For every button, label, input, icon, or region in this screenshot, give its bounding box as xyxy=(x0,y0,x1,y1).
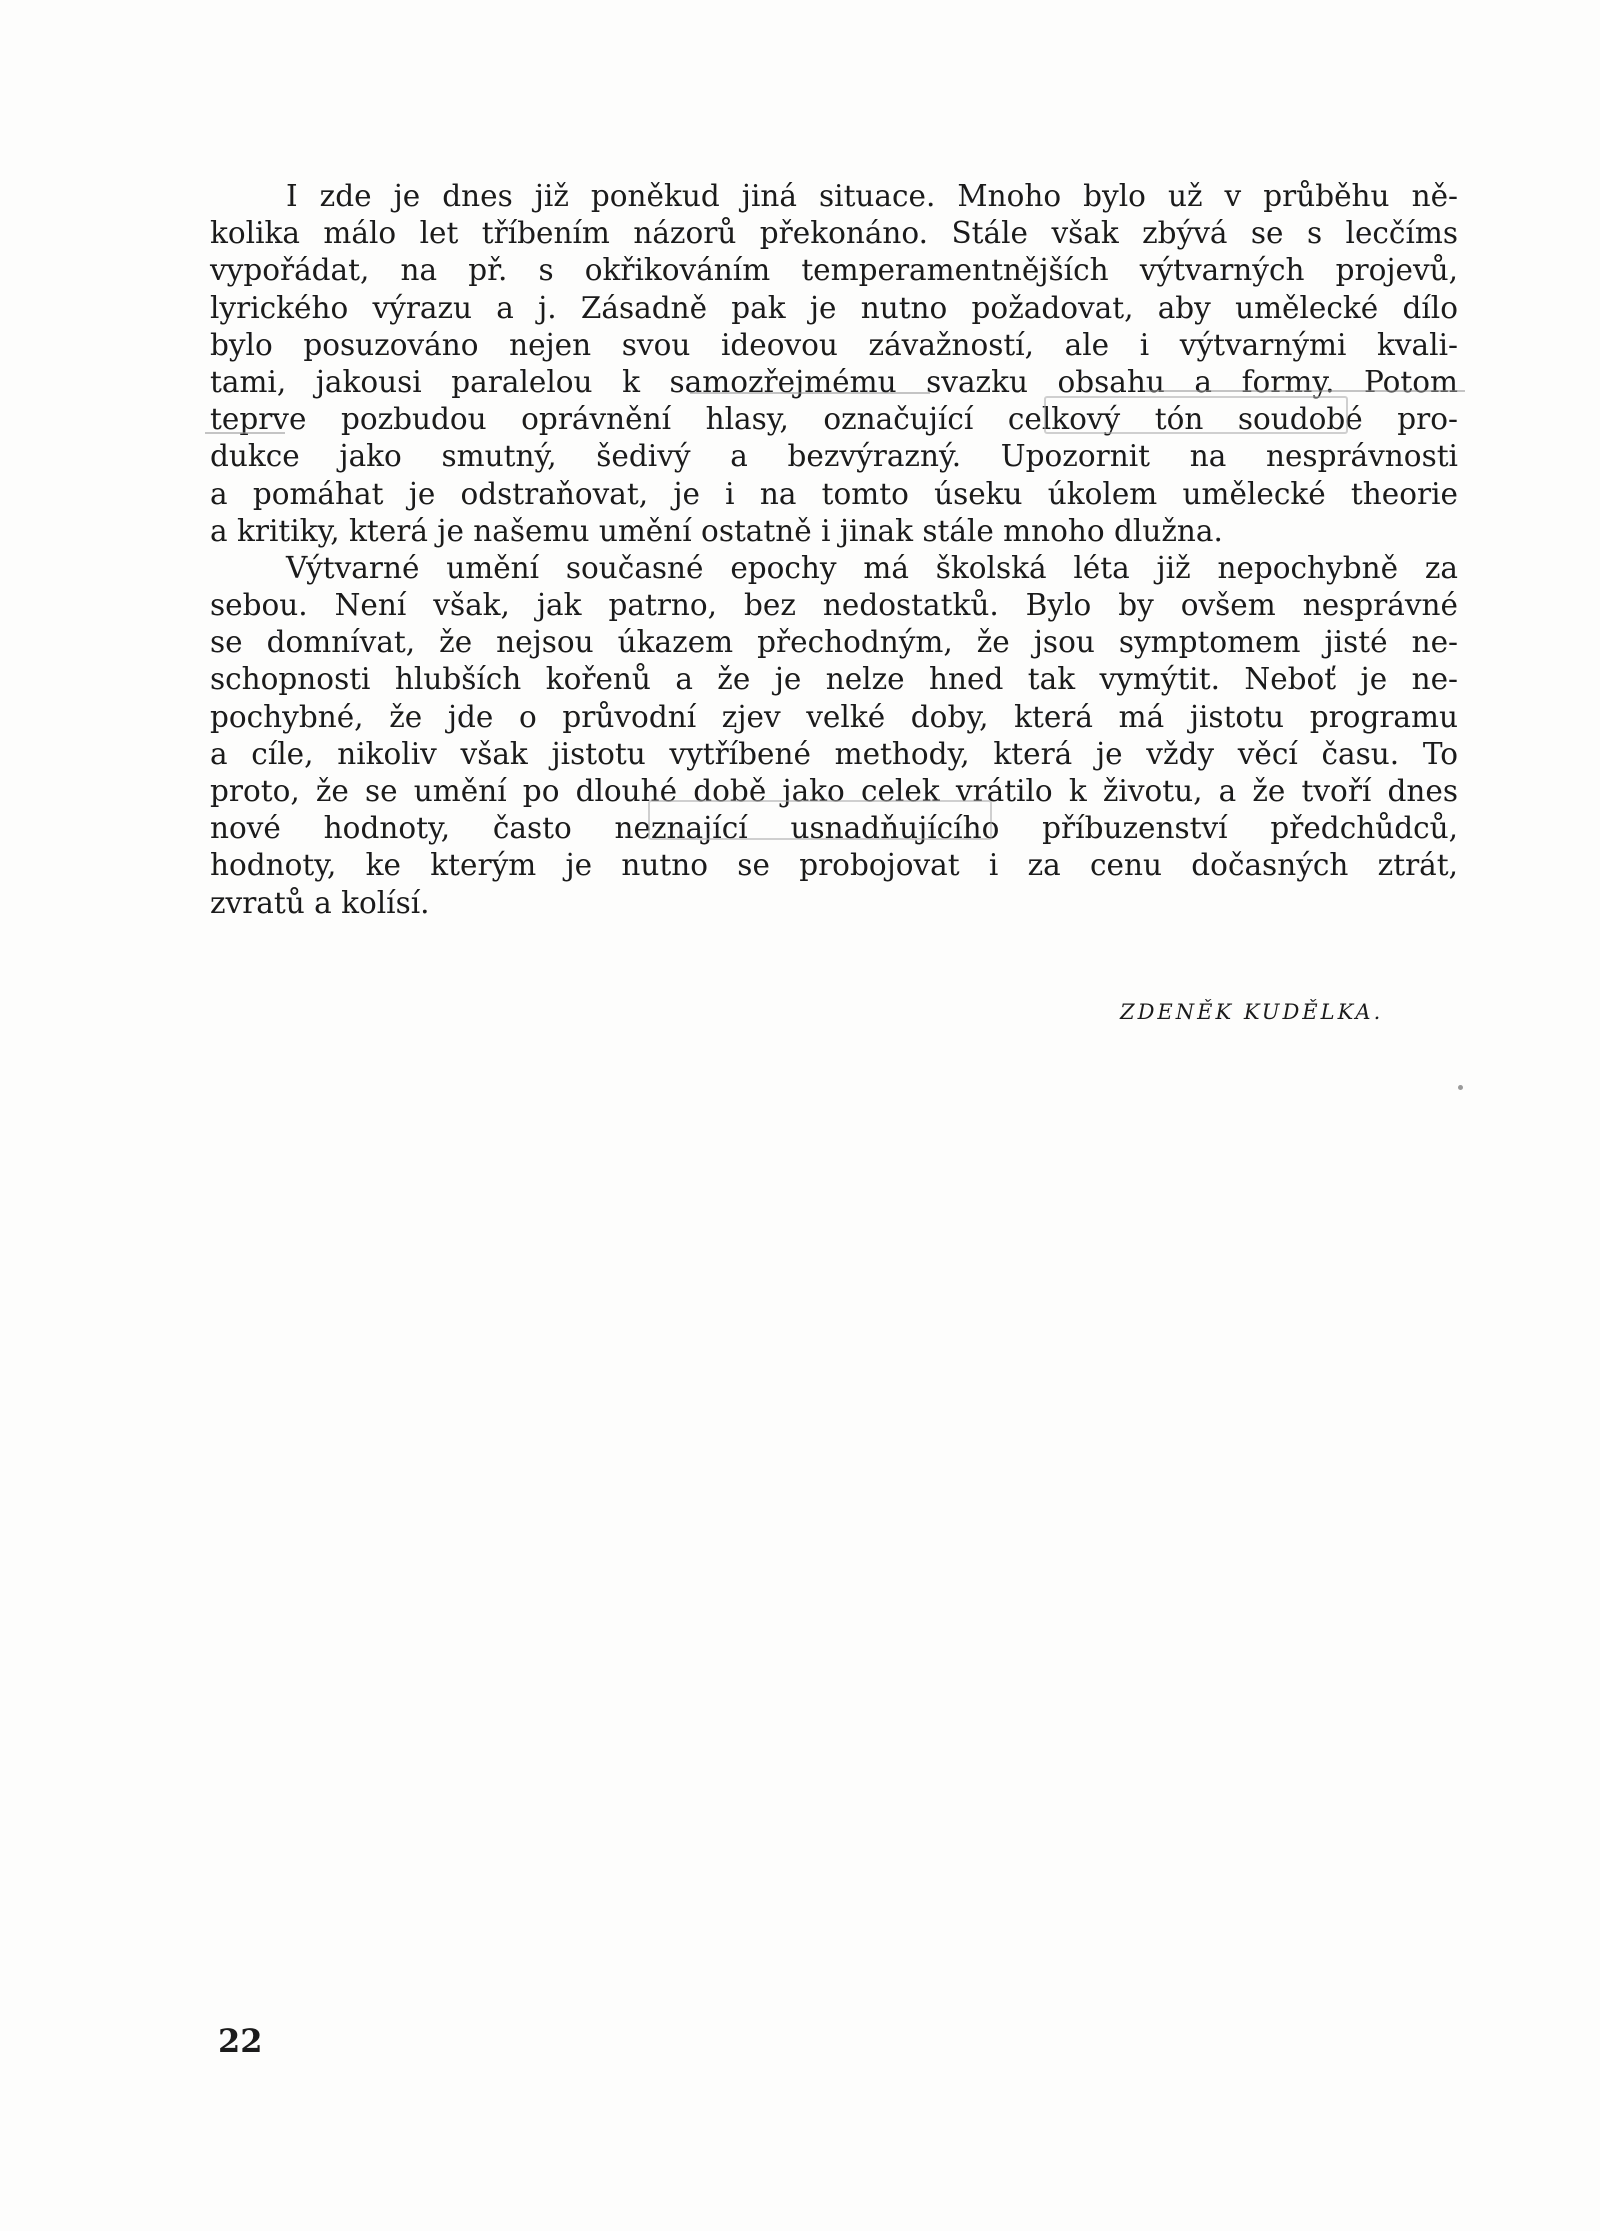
pencil-underline-ideovou xyxy=(690,392,930,394)
text-line: a pomáhat je odstraňovat, je i na tomto … xyxy=(210,476,1458,513)
pencil-box-obsahu-a-formy xyxy=(1044,396,1348,434)
speck-mark xyxy=(1458,1085,1463,1090)
text-line: I zde je dnes již poněkud jiná situace. … xyxy=(210,178,1458,215)
text-line: dukce jako smutný, šedivý a bezvýrazný. … xyxy=(210,438,1458,475)
author-signature: ZDENĚK KUDĚLKA. xyxy=(1120,1000,1383,1024)
text-line: schopnosti hlubších kořenů a že je nelze… xyxy=(210,661,1458,698)
text-line: pochybné, že jde o průvodní zjev velké d… xyxy=(210,699,1458,736)
pencil-underline-tami xyxy=(205,432,285,434)
pencil-underline-vytvarnymi xyxy=(1145,390,1465,392)
text-line: lyrického výrazu a j. Zásadně pak je nut… xyxy=(210,290,1458,327)
text-line: Výtvarné umění současné epochy má školsk… xyxy=(210,550,1458,587)
paragraph-2: Výtvarné umění současné epochy má školsk… xyxy=(210,550,1458,922)
text-line: bylo posuzováno nejen svou ideovou závaž… xyxy=(210,327,1458,364)
text-line: a cíle, nikoliv však jistotu vytříbené m… xyxy=(210,736,1458,773)
text-line: zvratů a kolísí. xyxy=(210,885,1458,922)
text-line: vypořádat, na př. s okřikováním temperam… xyxy=(210,252,1458,289)
scanned-page: I zde je dnes již poněkud jiná situace. … xyxy=(0,0,1600,2231)
text-line: hodnoty, ke kterým je nutno se probojova… xyxy=(210,847,1458,884)
text-line: se domnívat, že nejsou úkazem přechodným… xyxy=(210,624,1458,661)
text-line: a kritiky, která je našemu umění ostatně… xyxy=(210,513,1458,550)
paragraph-1: I zde je dnes již poněkud jiná situace. … xyxy=(210,178,1458,550)
pencil-box-vytribene-methody xyxy=(648,800,992,840)
text-line: sebou. Není však, jak patrno, bez nedost… xyxy=(210,587,1458,624)
page-number: 22 xyxy=(218,2022,263,2060)
text-line: kolika málo let tříbením názorů překonán… xyxy=(210,215,1458,252)
